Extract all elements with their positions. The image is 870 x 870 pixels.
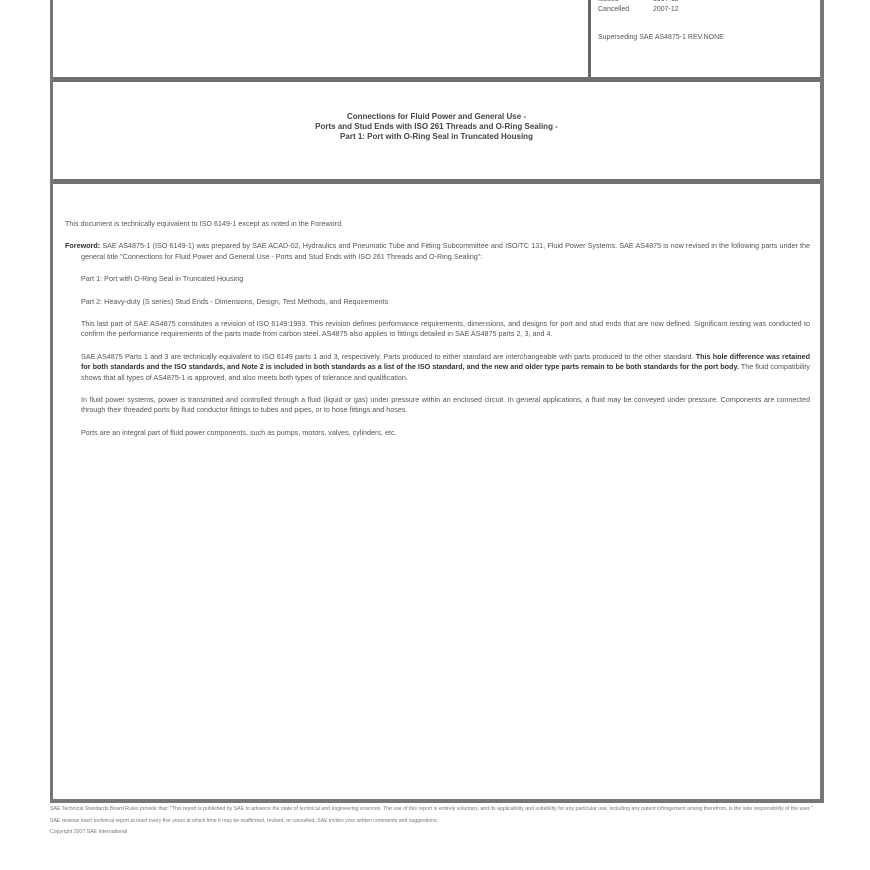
meta-cancelled: Cancelled 2007-12 [598,5,818,15]
header-left-cell: AS 4875 CANCELLED [53,0,591,77]
part-1-item: Part 1: Port with O-Ring Seal in Truncat… [65,274,810,284]
part-2-item: Part 2: Heavy-duty (S series) Stud Ends … [65,297,810,307]
document-number: AS 4875 CANCELLED [378,0,464,2]
title-line-3: Part 1: Port with O-Ring Seal in Truncat… [53,132,820,142]
footer-disclaimer: SAE Technical Standards Board Rules prov… [50,806,820,814]
document-title: Connections for Fluid Power and General … [53,82,820,184]
superseding-note: Superseding SAE AS4875-1 REV.NONE [598,33,818,43]
footer-copyright: Copyright 2007 SAE International [50,829,820,837]
document-frame: AS 4875 CANCELLED Issued 1997-12 Cancell… [50,0,824,803]
equivalence-paragraph: SAE AS4875 Parts 1 and 3 are technically… [65,352,810,383]
intro-paragraph: This document is technically equivalent … [65,219,810,229]
document-footer: SAE Technical Standards Board Rules prov… [50,806,820,841]
foreword-label: Foreword: [65,241,100,250]
document-header: AS 4875 CANCELLED Issued 1997-12 Cancell… [53,0,820,82]
title-line-2: Ports and Stud Ends with ISO 261 Threads… [53,122,820,132]
fluid-power-paragraph: In fluid power systems, power is transmi… [65,395,810,416]
document-meta: Issued 1997-12 Cancelled 2007-12 Superse… [598,0,818,43]
document-body: This document is technically equivalent … [65,219,810,450]
revision-paragraph: This last part of SAE AS4875 constitutes… [65,319,810,340]
foreword-paragraph: Foreword: SAE AS4875-1 (ISO 6149-1) was … [65,241,810,262]
footer-review-note: SAE reviews each technical report at lea… [50,818,820,826]
ports-paragraph: Ports are an integral part of fluid powe… [65,428,810,438]
title-line-1: Connections for Fluid Power and General … [53,112,820,122]
